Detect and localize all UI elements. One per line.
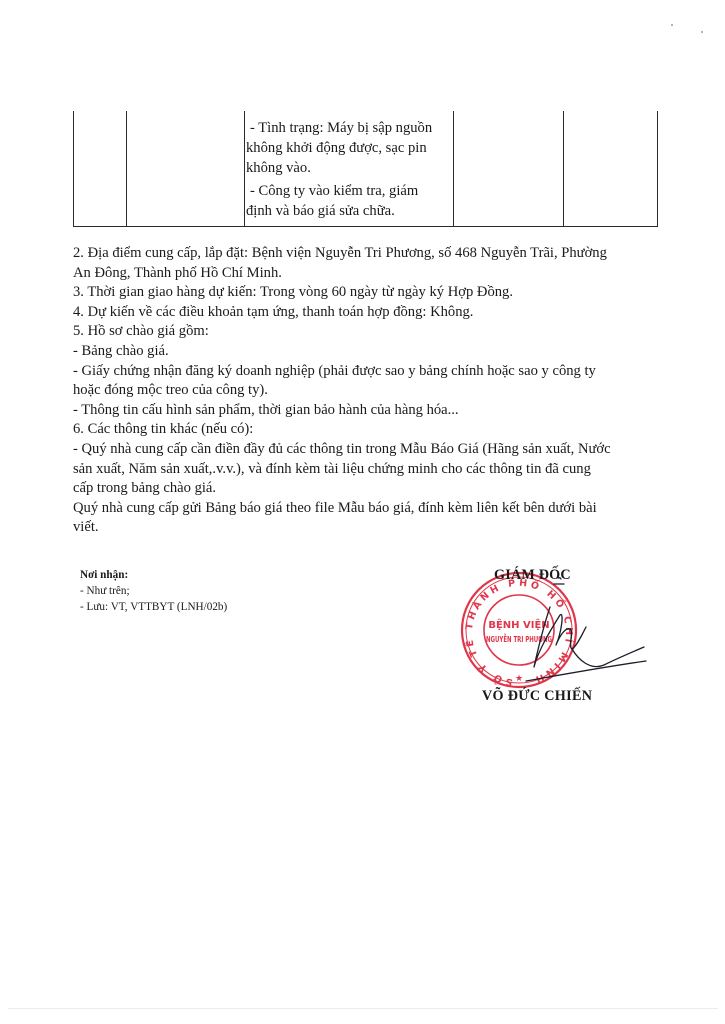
inspection-paragraph: - Công ty vào kiểm tra, giám định và báo… (246, 181, 454, 221)
body-line: 5. Hồ sơ chào giá gồm: (73, 322, 653, 342)
table-border-right (657, 111, 658, 227)
body-line: sản xuất, Năm sản xuất,.v.v.), và đính k… (73, 460, 653, 480)
condition-paragraph: - Tình trạng: Máy bị sập nguồn không khở… (246, 118, 454, 178)
recipients-title: Nơi nhận: (80, 567, 340, 583)
body-line: cấp trong bảng chào giá. (73, 479, 653, 499)
cell-line: không khởi động được, sạc pin (246, 138, 454, 158)
body-line: viết. (73, 518, 653, 538)
cell-line: không vào. (246, 158, 454, 178)
table-border-left (73, 111, 74, 227)
document-page: - Tình trạng: Máy bị sập nguồn không khở… (0, 0, 725, 1024)
body-line: - Thông tin cấu hình sản phẩm, thời gian… (73, 401, 653, 421)
signer-name: VÕ ĐỨC CHIẾN (482, 688, 592, 705)
recipients-block: Nơi nhận: - Như trên; - Lưu: VT, VTTBYT … (80, 567, 340, 615)
body-line: 4. Dự kiến về các điều khoản tạm ứng, th… (73, 303, 653, 323)
body-line: hoặc đóng mộc treo của công ty). (73, 381, 653, 401)
table-column-divider (126, 111, 127, 227)
document-body: 2. Địa điểm cung cấp, lắp đặt: Bệnh viện… (73, 244, 653, 538)
handwritten-signature-icon (520, 575, 650, 685)
cell-line: - Công ty vào kiểm tra, giám (246, 181, 454, 201)
scan-edge-line (8, 1008, 718, 1009)
body-line: An Đông, Thành phố Hồ Chí Minh. (73, 264, 653, 284)
body-line: 3. Thời gian giao hàng dự kiến: Trong vò… (73, 283, 653, 303)
scan-speck (701, 31, 703, 33)
recipient-item: - Lưu: VT, VTTBYT (LNH/02b) (80, 599, 340, 615)
table-column-divider (563, 111, 564, 227)
table-border-bottom (73, 226, 658, 227)
body-line: - Giấy chứng nhận đăng ký doanh nghiệp (… (73, 362, 653, 382)
body-line: - Bảng chào giá. (73, 342, 653, 362)
cell-line: - Tình trạng: Máy bị sập nguồn (246, 118, 454, 138)
scan-speck (671, 24, 673, 26)
quotation-table-fragment: - Tình trạng: Máy bị sập nguồn không khở… (73, 111, 658, 227)
recipient-item: - Như trên; (80, 583, 340, 599)
body-line: 6. Các thông tin khác (nếu có): (73, 420, 653, 440)
body-line: - Quý nhà cung cấp cần điền đầy đủ các t… (73, 440, 653, 460)
body-line: Quý nhà cung cấp gửi Bảng báo giá theo f… (73, 499, 653, 519)
cell-line: định và báo giá sửa chữa. (246, 201, 454, 221)
body-line: 2. Địa điểm cung cấp, lắp đặt: Bệnh viện… (73, 244, 653, 264)
